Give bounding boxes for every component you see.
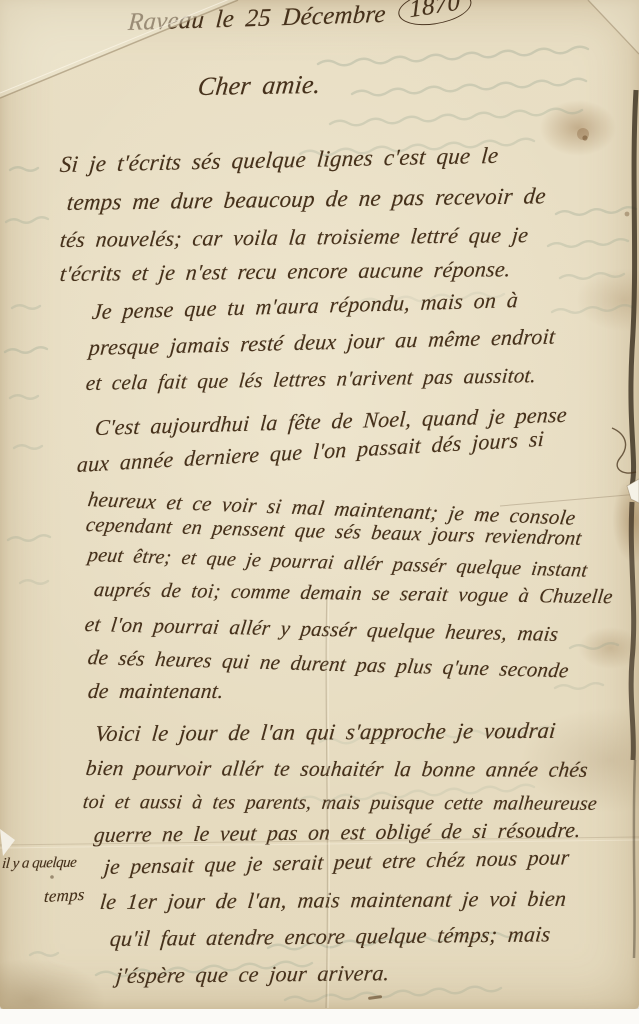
letter-line: qu'il faut atendre encore quelque témps;… (109, 921, 552, 952)
salutation: Cher amie. (196, 70, 322, 102)
letter-line: guerre ne le veut pas on est obligé de s… (93, 818, 582, 848)
letter-line: Voici le jour de l'an qui s'approche je … (94, 718, 557, 747)
circled-year: 1870 (397, 0, 471, 30)
letter-line: tés nouvelés; car voila la troisieme let… (59, 222, 530, 253)
letter-line: de maintenant. (87, 679, 225, 704)
letter-line: bien pourvoir allér te souhaitér la bonn… (85, 756, 590, 783)
place-date-text: Raveau le 25 Décembre (127, 1, 387, 36)
margin-note: il y a quelque (1, 855, 77, 873)
scan-background-strip (0, 1009, 639, 1024)
letter-line: t'écrits et je n'est recu encore aucune … (59, 256, 512, 287)
letter-line: toi et aussi à tes parents, mais puisque… (82, 791, 598, 816)
letter-line: le 1er jour de l'an, mais maintenant je … (99, 886, 568, 915)
letter-scan: Raveau le 25 Décembre1870 Cher amie. Si … (0, 0, 639, 1024)
margin-note: temps (43, 885, 85, 907)
letter-line: j'éspère que ce jour arivera. (115, 960, 391, 989)
